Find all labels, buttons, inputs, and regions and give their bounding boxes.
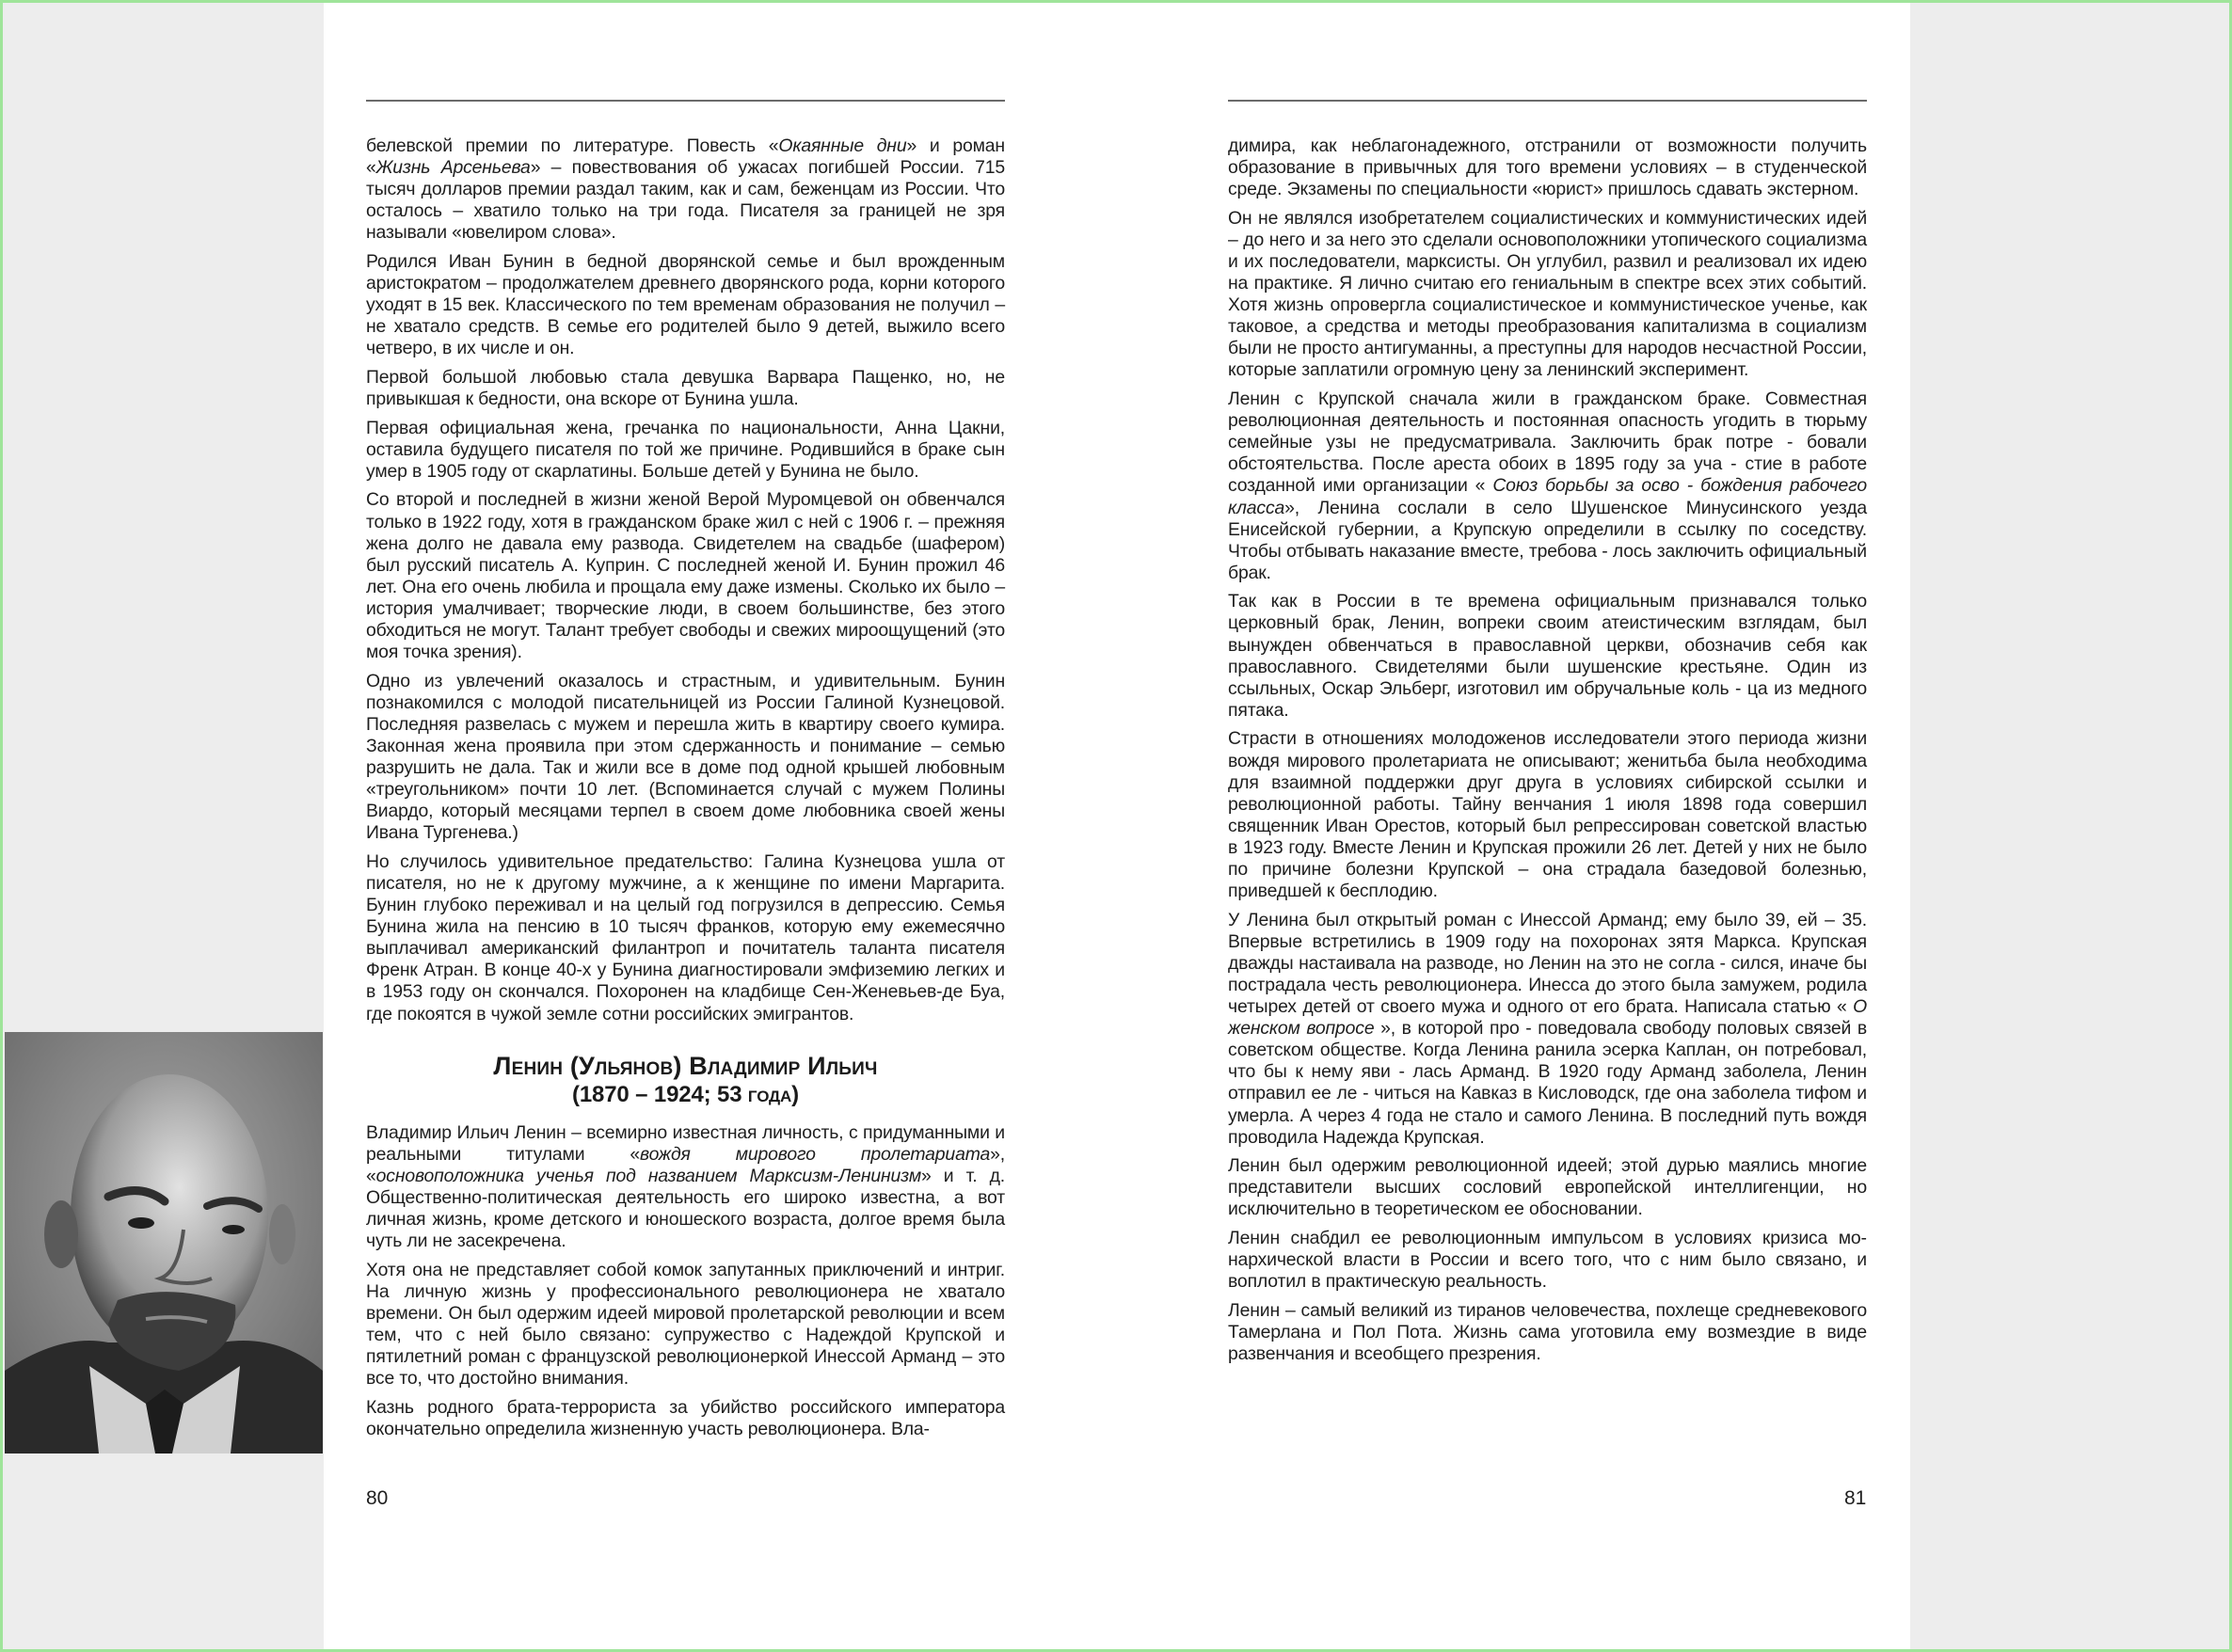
- paragraph: белевской премии по литературе. Повесть …: [366, 135, 1005, 244]
- section-heading-dates: (1870 – 1924; 53 года): [366, 1081, 1005, 1109]
- text-run: Со второй и последней в жизни женой Веро…: [366, 489, 1005, 662]
- paragraph: Но случилось удивительное предательство:…: [366, 851, 1005, 1025]
- paragraph: Он не являлся изобретателем социалистиче…: [1228, 208, 1867, 382]
- portrait-photo: [5, 1032, 323, 1453]
- section-heading-title: Ленин (Ульянов) Владимир Ильич: [366, 1052, 1005, 1081]
- text-run: белевской премии по литературе. Повесть …: [366, 135, 778, 156]
- paragraph: Первой большой любовью стала девушка Вар…: [366, 367, 1005, 410]
- paragraph: Первая официальная жена, гречанка по нац…: [366, 418, 1005, 483]
- text-run: димира, как неблагонадежного, отстранили…: [1228, 135, 1867, 199]
- text-run: Первой большой любовью стала девушка Вар…: [366, 367, 1005, 409]
- paragraph: Одно из увлечений оказалось и страстным,…: [366, 671, 1005, 845]
- paragraph: Так как в России в те времена официальны…: [1228, 591, 1867, 722]
- right-outer-margin: [1910, 3, 2229, 1649]
- page-number-left: 80: [366, 1487, 388, 1510]
- paragraph: Ленин снабдил ее революционным импульсом…: [1228, 1228, 1867, 1293]
- text-run: Так как в России в те времена официальны…: [1228, 591, 1867, 720]
- paragraph: Хотя она не представляет собой комок зап…: [366, 1260, 1005, 1390]
- paragraph: Ленин с Крупской сначала жили в гражданс…: [1228, 389, 1867, 584]
- text-run: Первая официальная жена, гречанка по нац…: [366, 418, 1005, 482]
- italic-text-run: основоположника ученья под названием Мар…: [376, 1166, 921, 1186]
- right-page-paragraphs: димира, как неблагонадежного, отстранили…: [1228, 135, 1867, 1365]
- header-rule-right: [1228, 100, 1867, 102]
- text-run: Он не являлся изобретателем социалистиче…: [1228, 208, 1867, 381]
- text-run: Одно из увлечений оказалось и страстным,…: [366, 671, 1005, 844]
- italic-text-run: вождя мирового пролетариата: [640, 1144, 990, 1165]
- text-run: Казнь родного брата-террориста за убийст…: [366, 1397, 1005, 1439]
- paragraph: Ленин был одержим революционной идеей; э…: [1228, 1155, 1867, 1220]
- portrait-image-icon: [5, 1032, 323, 1453]
- left-page-paragraphs-after-heading: Владимир Ильич Ленин – всемирно известна…: [366, 1122, 1005, 1440]
- header-rule-left: [366, 100, 1005, 102]
- text-run: Хотя она не представляет собой комок зап…: [366, 1260, 1005, 1389]
- paragraph: Страсти в отношениях молодоженов исследо…: [1228, 728, 1867, 902]
- paragraph: димира, как неблагонадежного, отстранили…: [1228, 135, 1867, 200]
- paragraph: Со второй и последней в жизни женой Веро…: [366, 489, 1005, 663]
- paragraph: Владимир Ильич Ленин – всемирно известна…: [366, 1122, 1005, 1253]
- page-number-right: 81: [1844, 1487, 1866, 1510]
- right-page-text-column: димира, как неблагонадежного, отстранили…: [1228, 135, 1867, 1373]
- paragraph: У Ленина был открытый роман с Инессой Ар…: [1228, 910, 1867, 1149]
- paragraph: Казнь родного брата-террориста за убийст…: [366, 1397, 1005, 1440]
- paragraph: Ленин – самый великий из тиранов человеч…: [1228, 1300, 1867, 1365]
- left-page-text-column: белевской премии по литературе. Повесть …: [366, 135, 1005, 1447]
- text-run: Ленин снабдил ее революционным импульсом…: [1228, 1228, 1867, 1292]
- text-run: Ленин был одержим революционной идеей; э…: [1228, 1155, 1867, 1219]
- text-run: Родился Иван Бунин в бедной дворянской с…: [366, 251, 1005, 358]
- italic-text-run: Окаянные дни: [778, 135, 906, 156]
- left-page-paragraphs-before-heading: белевской премии по литературе. Повесть …: [366, 135, 1005, 1025]
- text-run: Ленин – самый великий из тиранов человеч…: [1228, 1300, 1867, 1364]
- text-run: Но случилось удивительное предательство:…: [366, 851, 1005, 1025]
- text-run: Страсти в отношениях молодоженов исследо…: [1228, 728, 1867, 901]
- italic-text-run: Жизнь Арсеньева: [376, 157, 531, 178]
- section-heading: Ленин (Ульянов) Владимир Ильич (1870 – 1…: [366, 1052, 1005, 1109]
- text-run: », Ленина сослали в село Шушенское Минус…: [1228, 498, 1867, 583]
- paragraph: Родился Иван Бунин в бедной дворянской с…: [366, 251, 1005, 359]
- text-run: У Ленина был открытый роман с Инессой Ар…: [1228, 910, 1867, 1017]
